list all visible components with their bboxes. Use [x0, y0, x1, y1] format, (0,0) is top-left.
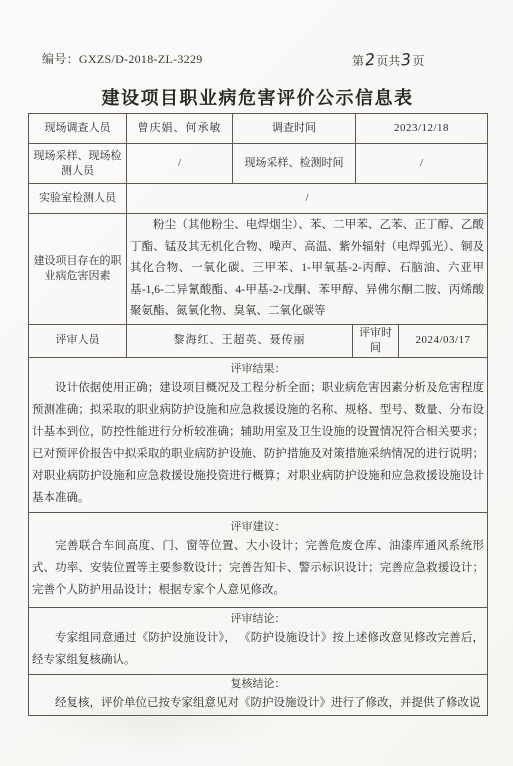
- reviewers-value: 黎海红、王超英、聂传丽: [127, 324, 353, 357]
- survey-time-label: 调查时间: [233, 114, 356, 144]
- review-result-body: 设计依据使用正确；建设项目概况及工程分析全面；职业病危害因素分析及危害程度预测准…: [32, 377, 484, 509]
- recheck-conclusion-body: 经复核，评价单位已按专家组意见对《防护设施设计》进行了修改，并提供了修改说: [32, 692, 484, 714]
- reviewers-label: 评审人员: [29, 324, 127, 357]
- table-row-sampling: 现场采样、现场检测人员 / 现场采样、检测时间 /: [29, 144, 488, 184]
- review-result-heading: 评审结果：: [32, 361, 484, 377]
- review-conclusion-body: 专家组同意通过《防护设施设计》， 《防护设施设计》按上述修改意见修改完善后，经专…: [32, 627, 484, 671]
- review-time-label: 评审时间: [353, 324, 399, 357]
- table-row-review-conclusion: 评审结论： 专家组同意通过《防护设施设计》， 《防护设施设计》按上述修改意见修改…: [29, 607, 488, 674]
- scanned-document-page: 编号：GXZS/D-2018-ZL-3229 第2页共3页 建设项目职业病危害评…: [0, 0, 513, 766]
- sampling-time-value: /: [356, 144, 488, 184]
- page-current-handwritten: 2: [364, 54, 375, 67]
- table-row-survey: 现场调查人员 曾庆娟、何承敏 调查时间 2023/12/18: [29, 114, 488, 144]
- review-advice-cell: 评审建议： 完善联合车间高度、门、窗等位置、大小设计；完善危废仓库、油漆库通风系…: [29, 512, 488, 607]
- page-suffix: 页: [412, 54, 424, 68]
- table-row-lab: 实验室检测人员 /: [29, 184, 488, 214]
- lab-personnel-value: /: [127, 184, 488, 214]
- sampling-personnel-value: /: [127, 144, 233, 184]
- info-table: 现场调查人员 曾庆娟、何承敏 调查时间 2023/12/18 现场采样、现场检测…: [28, 113, 488, 716]
- page-infix: 页共: [376, 54, 400, 68]
- sampling-personnel-label: 现场采样、现场检测人员: [29, 144, 127, 184]
- doc-number: 编号：GXZS/D-2018-ZL-3229: [42, 50, 203, 67]
- page-indicator: 第2页共3页: [352, 52, 424, 69]
- table-row-review-advice: 评审建议： 完善联合车间高度、门、窗等位置、大小设计；完善危废仓库、油漆库通风系…: [29, 512, 488, 607]
- doc-number-text: 编号：GXZS/D-2018-ZL-3229: [42, 52, 203, 66]
- table-row-review-result: 评审结果： 设计依据使用正确；建设项目概况及工程分析全面；职业病危害因素分析及危…: [29, 357, 488, 512]
- lab-personnel-label: 实验室检测人员: [29, 184, 127, 214]
- review-advice-body: 完善联合车间高度、门、窗等位置、大小设计；完善危废仓库、油漆库通风系统形式、功率…: [32, 535, 484, 601]
- hazard-factors-label: 建设项目存在的职业病危害因素: [29, 214, 127, 325]
- survey-time-value: 2023/12/18: [356, 114, 488, 144]
- hazard-factors-cell: 粉尘（其他粉尘、电焊烟尘）、苯、二甲苯、乙苯、正丁醇、乙酸丁酯、锰及其无机化合物…: [127, 214, 488, 325]
- recheck-conclusion-heading: 复核结论：: [32, 676, 484, 692]
- table-row-reviewers: 评审人员 黎海红、王超英、聂传丽 评审时间 2024/03/17: [29, 324, 488, 357]
- table-row-hazard-factors: 建设项目存在的职业病危害因素 粉尘（其他粉尘、电焊烟尘）、苯、二甲苯、乙苯、正丁…: [29, 214, 488, 325]
- review-time-value: 2024/03/17: [399, 324, 488, 357]
- review-conclusion-cell: 评审结论： 专家组同意通过《防护设施设计》， 《防护设施设计》按上述修改意见修改…: [29, 607, 488, 674]
- page-title: 建设项目职业病危害评价公示信息表: [28, 84, 487, 110]
- page-total-handwritten: 3: [401, 54, 412, 67]
- survey-personnel-label: 现场调查人员: [29, 114, 127, 144]
- recheck-conclusion-cell: 复核结论： 经复核，评价单位已按专家组意见对《防护设施设计》进行了修改，并提供了…: [29, 674, 488, 715]
- page-prefix: 第: [352, 54, 364, 68]
- review-conclusion-heading: 评审结论：: [32, 611, 484, 627]
- table-row-recheck-conclusion: 复核结论： 经复核，评价单位已按专家组意见对《防护设施设计》进行了修改，并提供了…: [29, 674, 488, 715]
- survey-personnel-value: 曾庆娟、何承敏: [127, 114, 233, 144]
- review-advice-heading: 评审建议：: [32, 519, 484, 535]
- hazard-factors-text: 粉尘（其他粉尘、电焊烟尘）、苯、二甲苯、乙苯、正丁醇、乙酸丁酯、锰及其无机化合物…: [130, 215, 484, 323]
- sampling-time-label: 现场采样、检测时间: [233, 144, 356, 184]
- review-result-cell: 评审结果： 设计依据使用正确；建设项目概况及工程分析全面；职业病危害因素分析及危…: [29, 357, 488, 512]
